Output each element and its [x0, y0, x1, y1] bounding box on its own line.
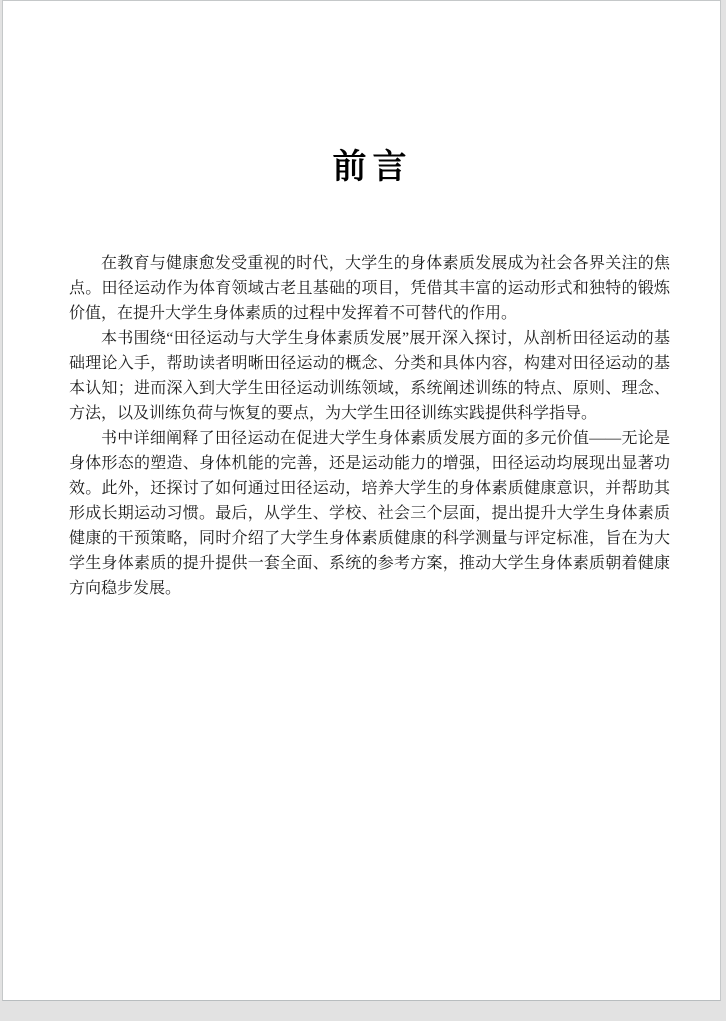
page-content: 前言 在教育与健康愈发受重视的时代，大学生的身体素质发展成为社会各界关注的焦点。…	[3, 1, 720, 1000]
paragraph: 书中详细阐释了田径运动在促进大学生身体素质发展方面的多元价值——无论是身体形态的…	[69, 426, 670, 601]
paragraph: 本书围绕“田径运动与大学生身体素质发展”展开深入探讨，从剖析田径运动的基础理论入…	[69, 326, 670, 426]
page-title: 前言	[69, 1, 670, 187]
paragraph: 在教育与健康愈发受重视的时代，大学生的身体素质发展成为社会各界关注的焦点。田径运…	[69, 251, 670, 326]
document-viewport: 前言 在教育与健康愈发受重视的时代，大学生的身体素质发展成为社会各界关注的焦点。…	[0, 0, 726, 1021]
paragraph-list: 在教育与健康愈发受重视的时代，大学生的身体素质发展成为社会各界关注的焦点。田径运…	[69, 251, 670, 601]
preface-page: 前言 在教育与健康愈发受重视的时代，大学生的身体素质发展成为社会各界关注的焦点。…	[2, 0, 721, 1001]
